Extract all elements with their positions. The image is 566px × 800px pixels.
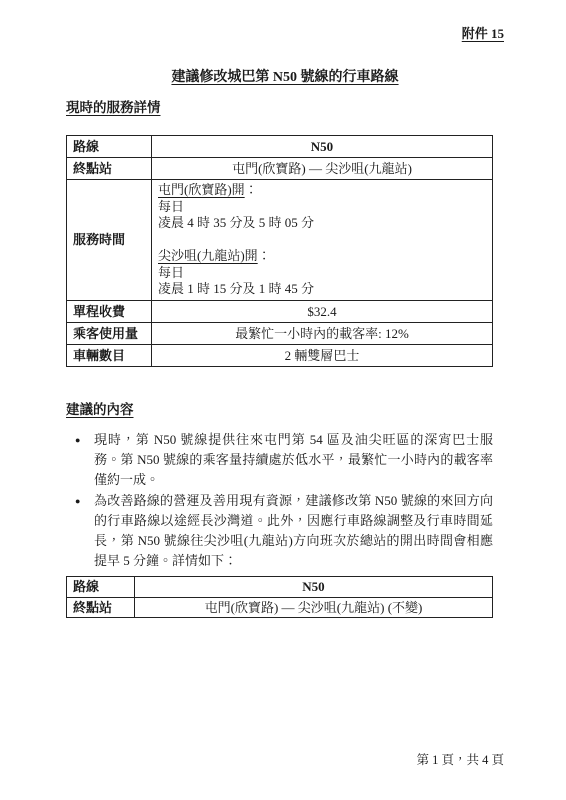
service-hours-label-cell: 服務時間 [67, 180, 152, 301]
bullet-text-1: 現時，第 N50 號線提供往來屯門第 54 區及油尖旺區的深宵巴士服務。第 N5… [94, 430, 493, 490]
terminus-label-cell: 終點站 [67, 158, 152, 180]
terminus-value-cell: 屯門(欣寶路) — 尖沙咀(九龍站) (不變) [135, 597, 493, 618]
document-page: 附件 15 建議修改城巴第 N50 號線的行車路線 現時的服務詳情 路線 N50… [0, 0, 566, 800]
outbound-hours-block: 屯門(欣寶路)開： 每日 凌晨 4 時 35 分及 5 時 05 分 [158, 182, 486, 232]
table-row-route: 路線 N50 [67, 577, 493, 598]
table-row-patronage: 乘客使用量 最繁忙一小時內的載客率: 12% [67, 323, 493, 345]
bullet-item-2: ● 為改善路線的營運及善用現有資源，建議修改第 N50 號線的來回方向的行車路線… [66, 491, 493, 571]
bullet-text-2: 為改善路線的營運及善用現有資源，建議修改第 N50 號線的來回方向的行車路線以途… [94, 491, 493, 571]
hours-spacer [158, 232, 486, 249]
route-value-cell: N50 [152, 136, 493, 158]
table-row-terminus: 終點站 屯門(欣寶路) — 尖沙咀(九龍站) (不變) [67, 597, 493, 618]
outbound-hours-colon: ： [245, 182, 258, 197]
table-row-route: 路線 N50 [67, 136, 493, 158]
outbound-hours-times: 凌晨 4 時 35 分及 5 時 05 分 [158, 215, 486, 232]
proposal-heading-text: 建議的內容 [66, 402, 134, 417]
fleet-label-cell: 車輛數目 [67, 345, 152, 367]
page-footer: 第 1 頁，共 4 頁 [416, 752, 504, 768]
inbound-hours-heading-text: 尖沙咀(九龍站)開 [158, 248, 258, 263]
annex-label: 附件 15 [66, 26, 504, 42]
table-row-service-hours: 服務時間 屯門(欣寶路)開： 每日 凌晨 4 時 35 分及 5 時 05 分 … [67, 180, 493, 301]
document-title: 建議修改城巴第 N50 號線的行車路線 [66, 69, 504, 87]
current-service-heading-text: 現時的服務詳情 [66, 100, 161, 115]
patronage-value-cell: 最繁忙一小時內的載客率: 12% [152, 323, 493, 345]
route-label-cell: 路線 [67, 136, 152, 158]
fare-value-cell: $32.4 [152, 301, 493, 323]
inbound-hours-times: 凌晨 1 時 15 分及 1 時 45 分 [158, 281, 486, 298]
route-label-cell: 路線 [67, 577, 135, 598]
terminus-value-cell: 屯門(欣寶路) — 尖沙咀(九龍站) [152, 158, 493, 180]
proposal-heading: 建議的內容 [66, 401, 504, 418]
bullet-list: ● 現時，第 N50 號線提供往來屯門第 54 區及油尖旺區的深宵巴士服務。第 … [66, 430, 504, 571]
annex-text: 附件 15 [462, 26, 504, 41]
proposal-table: 路線 N50 終點站 屯門(欣寶路) — 尖沙咀(九龍站) (不變) [66, 576, 493, 618]
fleet-value-cell: 2 輛雙層巴士 [152, 345, 493, 367]
table-row-fleet: 車輛數目 2 輛雙層巴士 [67, 345, 493, 367]
outbound-hours-heading: 屯門(欣寶路)開： [158, 182, 486, 199]
current-service-table: 路線 N50 終點站 屯門(欣寶路) — 尖沙咀(九龍站) 服務時間 屯門(欣寶… [66, 135, 493, 367]
fare-label-cell: 單程收費 [67, 301, 152, 323]
terminus-label-cell: 終點站 [67, 597, 135, 618]
patronage-label-cell: 乘客使用量 [67, 323, 152, 345]
inbound-hours-daily: 每日 [158, 265, 486, 282]
bullet-icon: ● [75, 491, 94, 511]
table-row-fare: 單程收費 $32.4 [67, 301, 493, 323]
current-service-heading: 現時的服務詳情 [66, 99, 504, 116]
service-hours-value-cell: 屯門(欣寶路)開： 每日 凌晨 4 時 35 分及 5 時 05 分 尖沙咀(九… [152, 180, 493, 301]
bullet-item-1: ● 現時，第 N50 號線提供往來屯門第 54 區及油尖旺區的深宵巴士服務。第 … [66, 430, 493, 490]
inbound-hours-colon: ： [258, 248, 271, 263]
bullet-icon: ● [75, 430, 94, 450]
inbound-hours-block: 尖沙咀(九龍站)開： 每日 凌晨 1 時 15 分及 1 時 45 分 [158, 248, 486, 298]
table-row-terminus: 終點站 屯門(欣寶路) — 尖沙咀(九龍站) [67, 158, 493, 180]
document-title-text: 建議修改城巴第 N50 號線的行車路線 [171, 70, 398, 85]
outbound-hours-heading-text: 屯門(欣寶路)開 [158, 182, 245, 197]
outbound-hours-daily: 每日 [158, 199, 486, 216]
inbound-hours-heading: 尖沙咀(九龍站)開： [158, 248, 486, 265]
route-value-cell: N50 [135, 577, 493, 598]
